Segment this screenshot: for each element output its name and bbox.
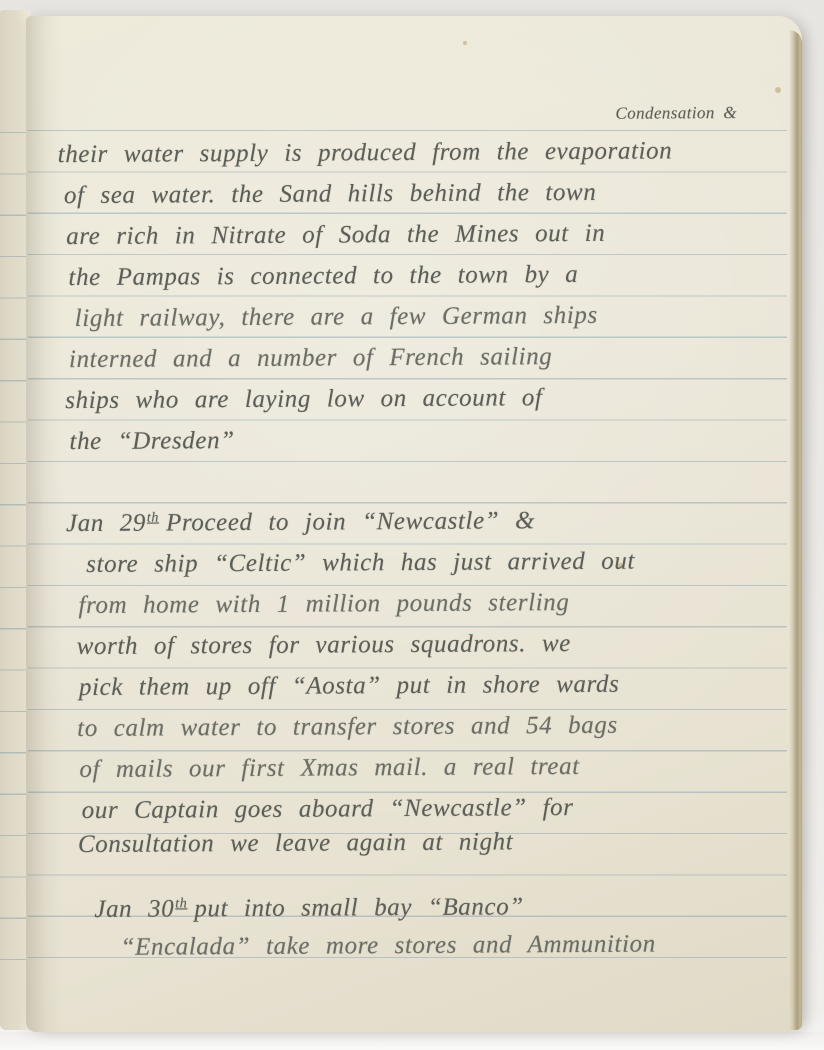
paper-speck — [775, 87, 781, 93]
previous-page-ruled-lines — [0, 132, 26, 968]
diary-photo: Condensation & their water supply is pro… — [0, 0, 824, 1050]
ruled-lines — [28, 130, 787, 960]
binding-gutter-shadow — [26, 16, 62, 1032]
notebook-page — [26, 16, 802, 1032]
paper-speck — [463, 41, 467, 45]
paper-speck — [618, 563, 623, 568]
photo-background-bottom — [0, 1032, 824, 1050]
page-stack-edge — [789, 30, 802, 1030]
